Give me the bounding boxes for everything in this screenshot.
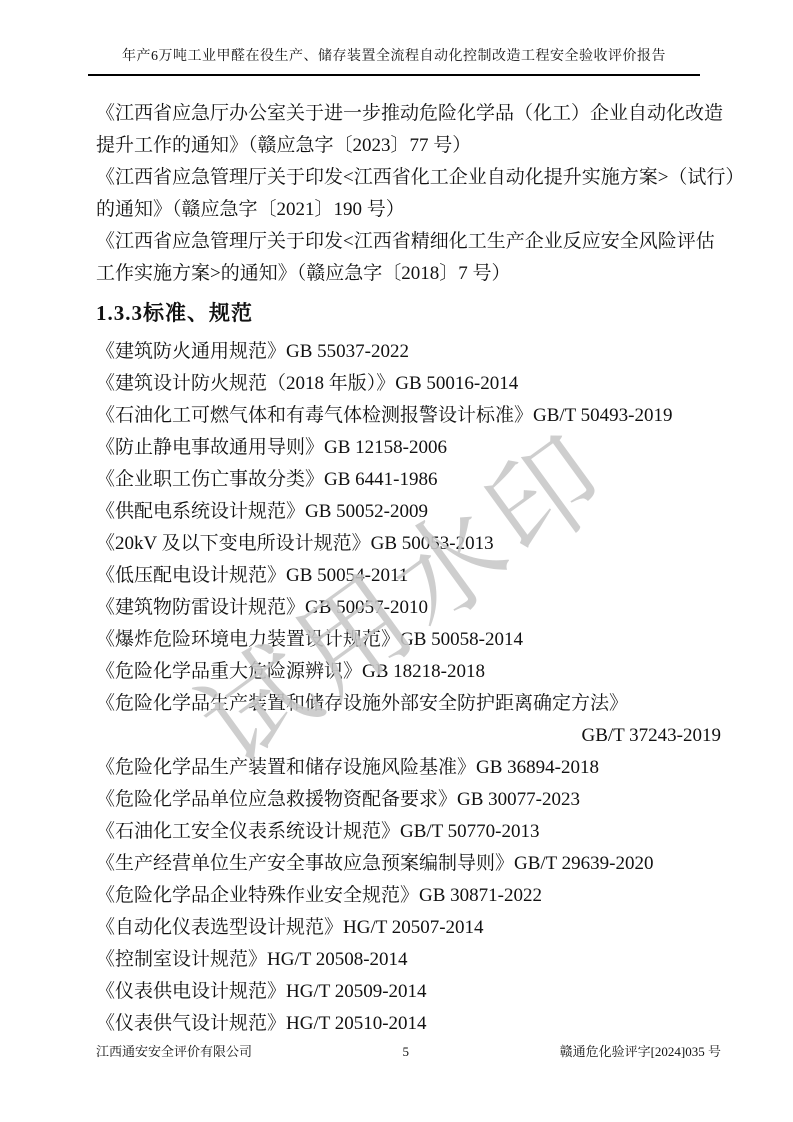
standard-line: 《企业职工伤亡事故分类》GB 6441-1986 <box>96 464 721 496</box>
standard-line: 《石油化工安全仪表系统设计规范》GB/T 50770-2013 <box>96 816 721 848</box>
standard-line: 《仪表供电设计规范》HG/T 20509-2014 <box>96 976 721 1008</box>
standards-list: 《建筑防火通用规范》GB 55037-2022《建筑设计防火规范（2018 年版… <box>96 336 721 1040</box>
page-header: 年产6万吨工业甲醛在役生产、储存装置全流程自动化控制改造工程安全验收评价报告 <box>88 46 700 76</box>
standard-line: 《建筑防火通用规范》GB 55037-2022 <box>96 336 721 368</box>
standard-line: 《建筑物防雷设计规范》GB 50057-2010 <box>96 592 721 624</box>
standard-line: 《自动化仪表选型设计规范》HG/T 20507-2014 <box>96 912 721 944</box>
standard-line: 《低压配电设计规范》GB 50054-2011 <box>96 560 721 592</box>
paragraph-line: 的通知》（赣应急字〔2021〕190 号） <box>96 194 721 226</box>
report-page: 年产6万吨工业甲醛在役生产、储存装置全流程自动化控制改造工程安全验收评价报告 《… <box>0 0 793 1122</box>
standard-line: 《20kV 及以下变电所设计规范》GB 50053-2013 <box>96 528 721 560</box>
standard-line: 《爆炸危险环境电力装置设计规范》GB 50058-2014 <box>96 624 721 656</box>
standard-line: 《建筑设计防火规范（2018 年版）》GB 50016-2014 <box>96 368 721 400</box>
standard-line: 《危险化学品企业特殊作业安全规范》GB 30871-2022 <box>96 880 721 912</box>
paragraph-line: 《江西省应急管理厅关于印发<江西省化工企业自动化提升实施方案>（试行） <box>96 162 721 194</box>
page-body: 《江西省应急厅办公室关于进一步推动危险化学品（化工）企业自动化改造提升工作的通知… <box>96 98 721 1040</box>
paragraph-line: 《江西省应急厅办公室关于进一步推动危险化学品（化工）企业自动化改造 <box>96 98 721 130</box>
header-title: 年产6万吨工业甲醛在役生产、储存装置全流程自动化控制改造工程安全验收评价报告 <box>122 49 666 64</box>
standard-line: 《危险化学品重大危险源辨识》GB 18218-2018 <box>96 656 721 688</box>
page-footer: 江西通安安全评价有限公司 5 赣通危化验评字[2024]035 号 <box>96 1042 721 1062</box>
standard-line: GB/T 37243-2019 <box>96 720 721 752</box>
standard-line: 《石油化工可燃气体和有毒气体检测报警设计标准》GB/T 50493-2019 <box>96 400 721 432</box>
reference-paragraphs: 《江西省应急厅办公室关于进一步推动危险化学品（化工）企业自动化改造提升工作的通知… <box>96 98 721 290</box>
paragraph-line: 《江西省应急管理厅关于印发<江西省精细化工生产企业反应安全风险评估 <box>96 226 721 258</box>
standard-line: 《危险化学品单位应急救援物资配备要求》GB 30077-2023 <box>96 784 721 816</box>
footer-company: 江西通安安全评价有限公司 <box>96 1042 252 1062</box>
standard-line: 《仪表供气设计规范》HG/T 20510-2014 <box>96 1008 721 1040</box>
footer-page-number: 5 <box>403 1042 410 1062</box>
standard-line: 《危险化学品生产装置和储存设施风险基准》GB 36894-2018 <box>96 752 721 784</box>
section-heading: 1.3.3标准、规范 <box>96 290 721 336</box>
standard-line: 《供配电系统设计规范》GB 50052-2009 <box>96 496 721 528</box>
paragraph-line: 提升工作的通知》（赣应急字〔2023〕77 号） <box>96 130 721 162</box>
standard-line: 《危险化学品生产装置和储存设施外部安全防护距离确定方法》 <box>96 688 721 720</box>
standard-line: 《防止静电事故通用导则》GB 12158-2006 <box>96 432 721 464</box>
paragraph-line: 工作实施方案>的通知》（赣应急字〔2018〕7 号） <box>96 258 721 290</box>
standard-line: 《生产经营单位生产安全事故应急预案编制导则》GB/T 29639-2020 <box>96 848 721 880</box>
standard-line: 《控制室设计规范》HG/T 20508-2014 <box>96 944 721 976</box>
footer-doc-number: 赣通危化验评字[2024]035 号 <box>560 1042 721 1062</box>
